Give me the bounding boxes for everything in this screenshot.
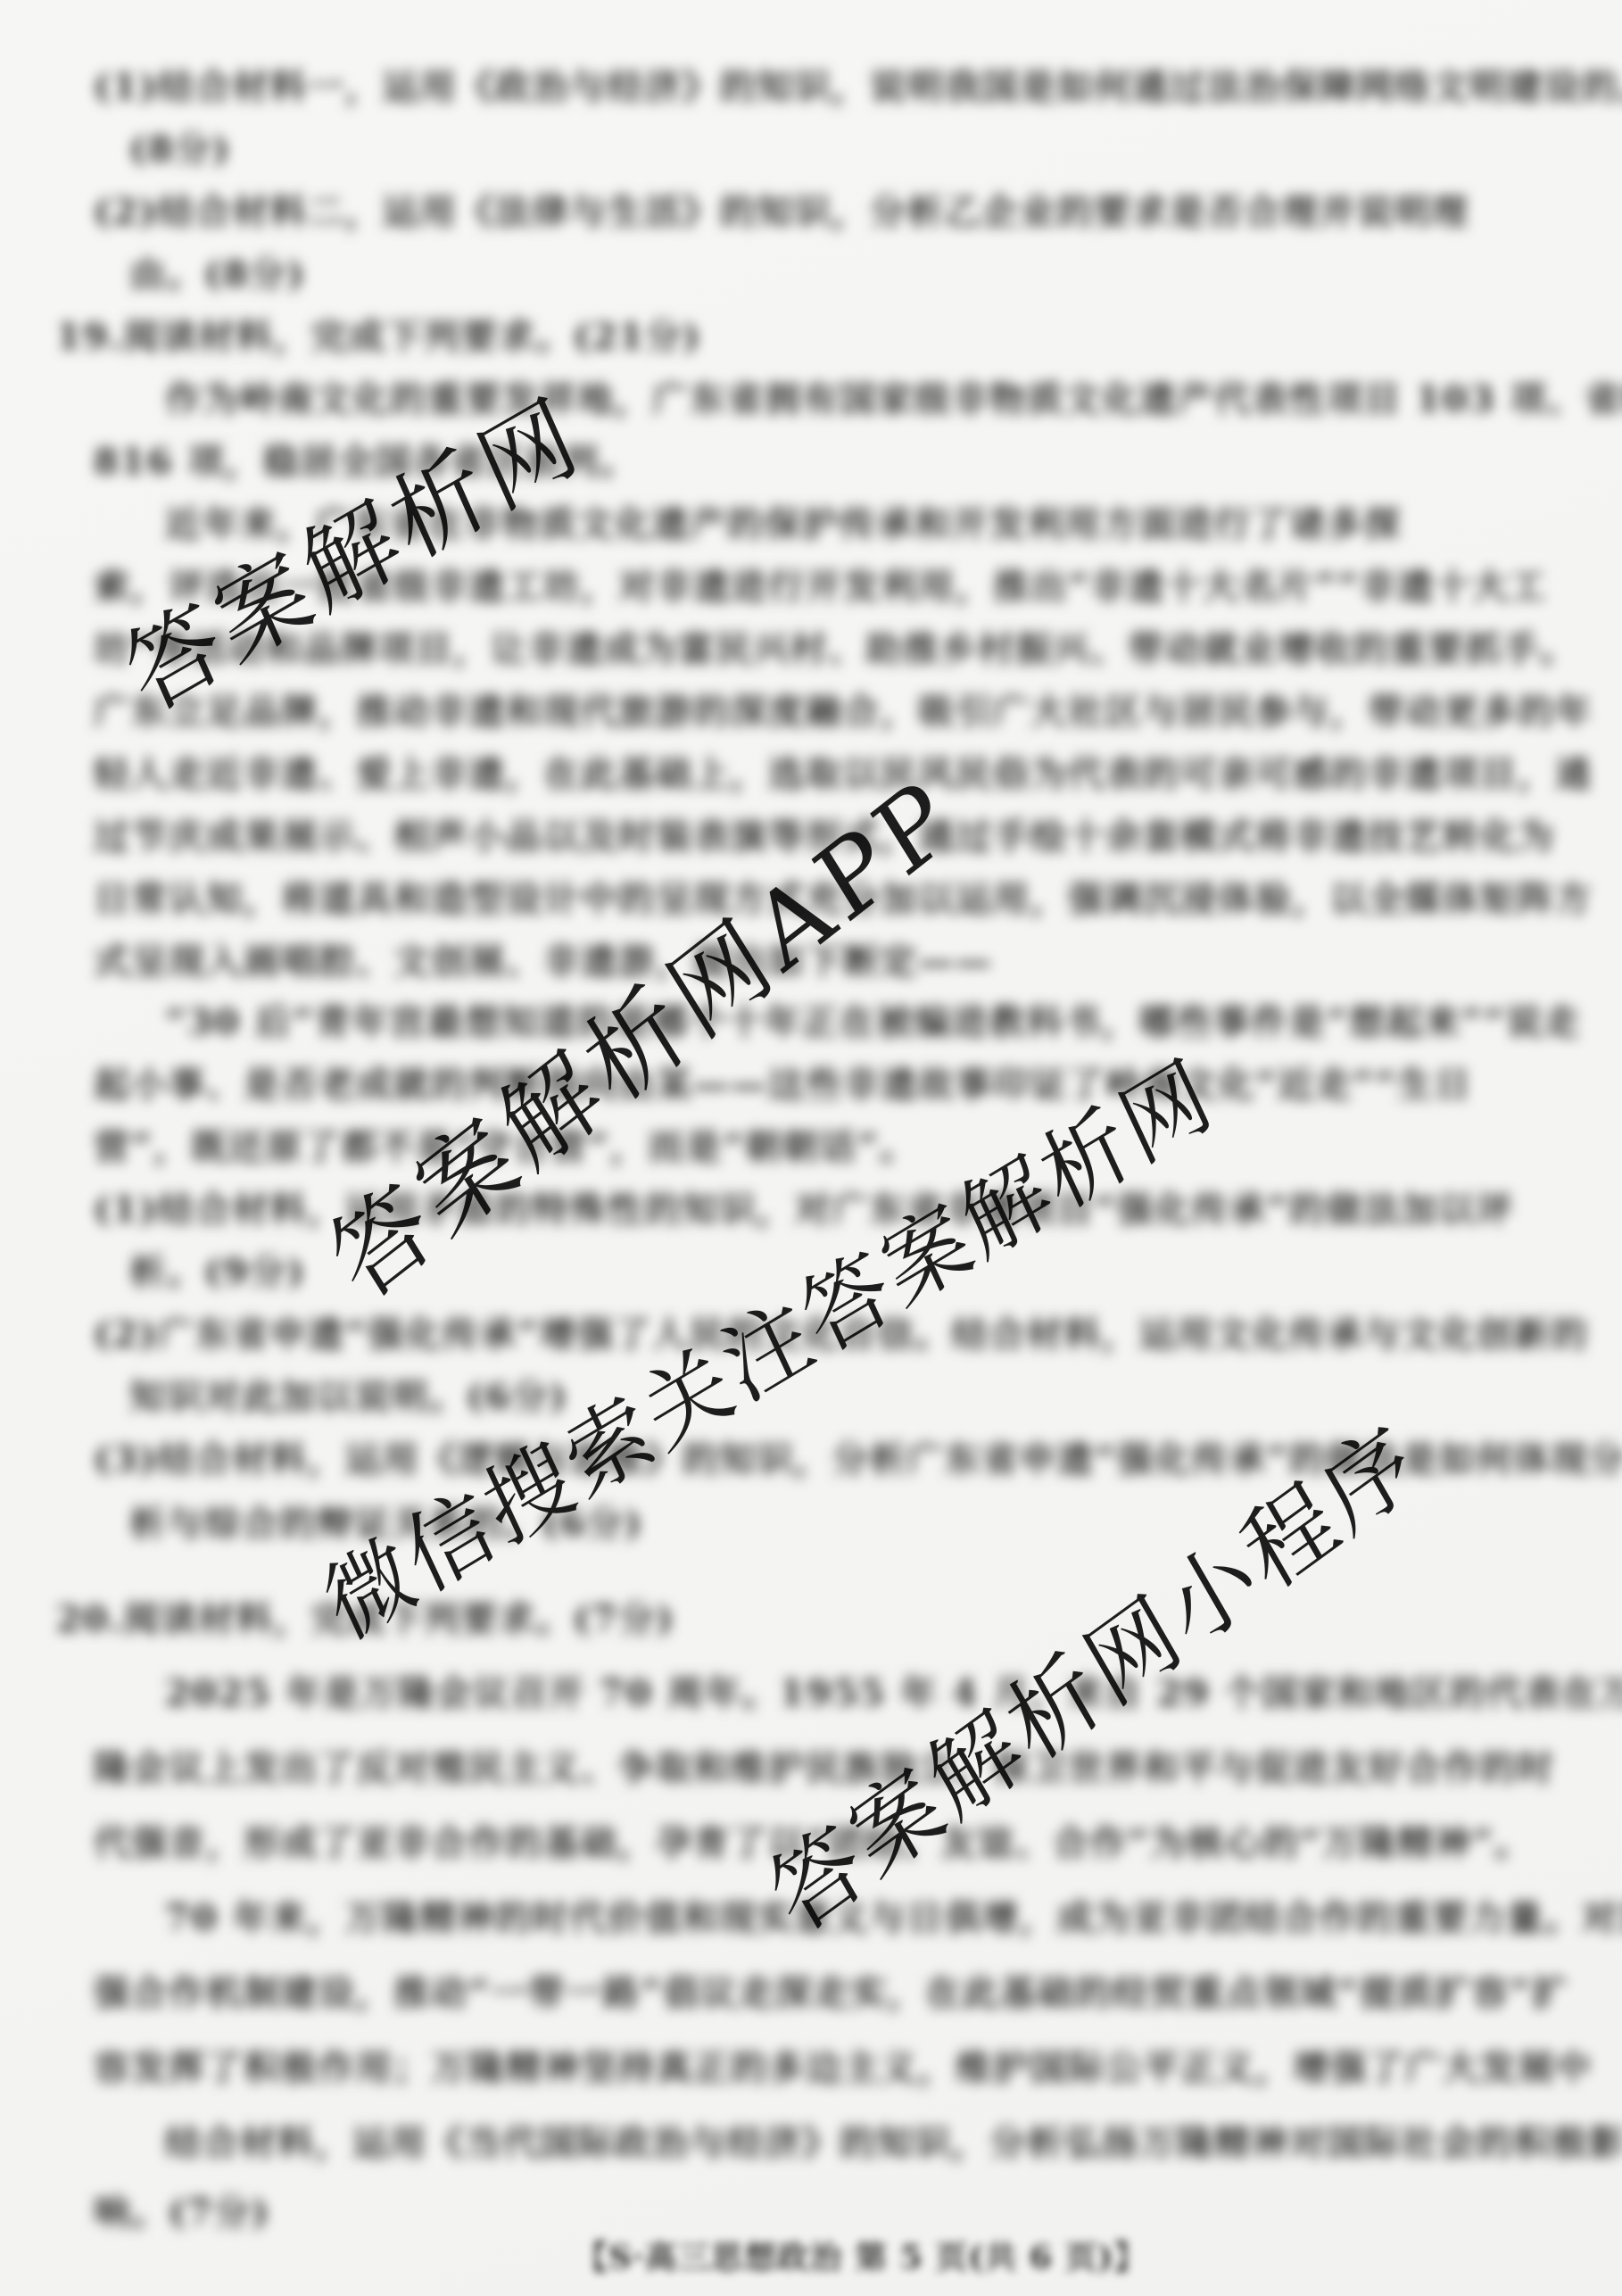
text-line: (2)结合材料二，运用《法律与生活》的知识，分析乙企业的要求是否合理并说明理 — [94, 195, 1469, 230]
page-footer: 【S·高三思想政治 第 5 页(共 6 页)】 — [575, 2242, 1146, 2274]
text-line: 强合作机制建设，推动“一带一路”倡议走深走实，在此基础的经贸重点领域“提质扩容”… — [94, 1976, 1569, 2011]
text-line: 19.阅读材料，完成下列要求。(21分) — [56, 319, 701, 355]
text-line: 隆会议上发出了反对殖民主义、争取和维护民族独立、保卫世界和平与促进友好合作的时 — [94, 1751, 1555, 1786]
text-line: (8分) — [129, 132, 231, 168]
text-line: 式呈现入画唱腔、文创展、非遗游，提出如下断定—— — [94, 944, 993, 980]
text-line: 响。(7分) — [94, 2195, 270, 2231]
text-line: 结合材料，运用《当代国际政治与经济》的知识，分析弘扬万隆精神对国际社会的积极影 — [165, 2126, 1622, 2161]
text-line: “30 后”青年宫最想知道的是哪个十年正在被编进教科书，哪些事件是“想起来”“说… — [165, 1005, 1581, 1040]
text-line: 2025 年是万隆会议召开 70 周年。1955 年 4 月，来自 29 个国家… — [165, 1676, 1622, 1712]
text-line: 析。(9分) — [129, 1255, 306, 1290]
text-line: 70 年来，万隆精神的时代价值和现实意义与日俱增，成为亚非团结合作的重要力量。对… — [165, 1901, 1622, 1936]
text-line: 由。(8分) — [129, 257, 306, 293]
text-line: 容发挥了积极作用；万隆精神坚持真正的多边主义，维护国际公平正义，增强了广大发展中 — [94, 2051, 1593, 2086]
text-line: 广东立足品牌，推动非遗和现代旅游的深度融合，吸引广大社区与居民参与，带动更多的年 — [94, 694, 1593, 730]
document-page: 【S·高三思想政治 第 5 页(共 6 页)】 (1)结合材料一，运用《政治与经… — [0, 0, 1622, 2296]
text-line: 知识对此加以说明。(6分) — [129, 1380, 568, 1415]
text-line: 作为岭南文化的重要发祥地，广东省拥有国家级非物质文化遗产代表性项目 103 项、… — [165, 382, 1622, 418]
watermark-top-left: 答案解析网 — [114, 385, 594, 727]
text-line: (1)结合材料一，运用《政治与经济》的知识，说明我国是如何通过法治保障网络文明建… — [94, 70, 1622, 105]
text-line: (1)结合材料，运用矛盾的特殊性的知识，对广东省非遗项目“强化传承”的做法加以评 — [94, 1192, 1514, 1228]
text-line: 起小事、是否老成就的判断指向由某——这些非遗故事印证了岭南文化“近走”“生日 — [94, 1067, 1472, 1103]
text-line: 轻人走近非遗、爱上非遗，在此基础上，选取以民风民俗为代表的可亲可感的非遗项目，通 — [94, 757, 1593, 792]
